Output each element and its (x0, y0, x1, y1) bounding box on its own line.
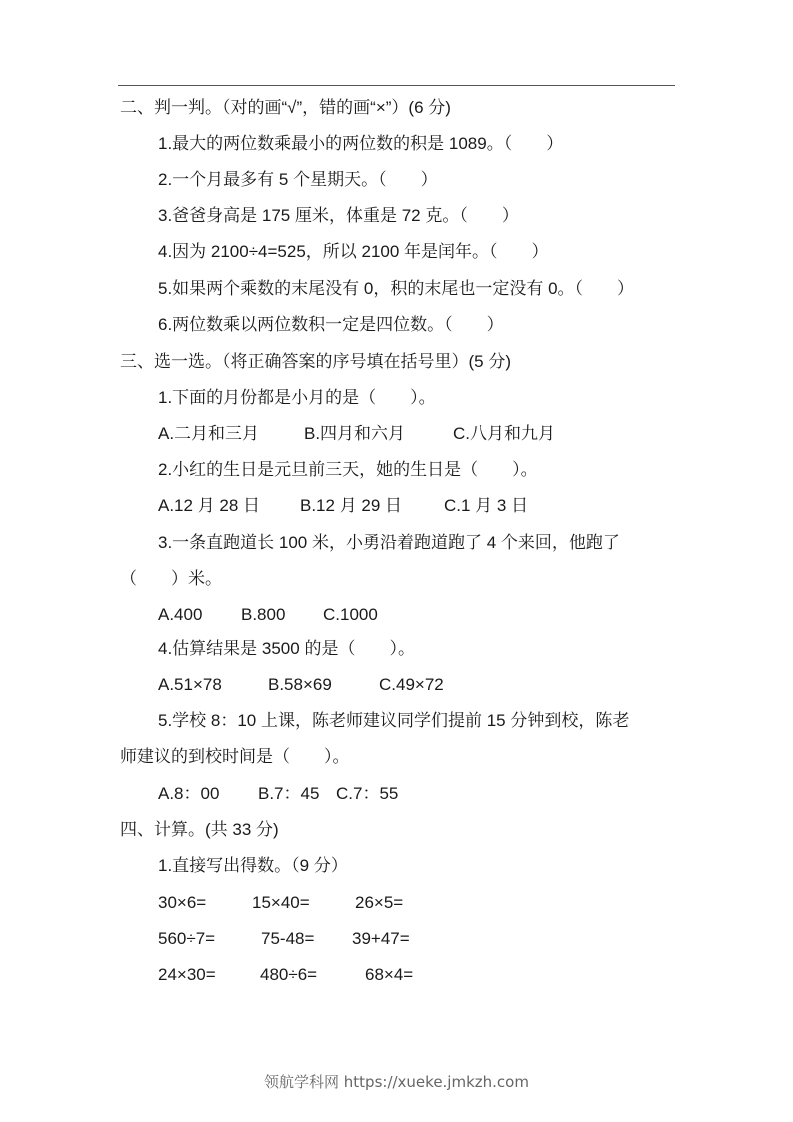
choice-question-4: 4.估算结果是 3500 的是（ ）。 (158, 639, 415, 659)
calc-item: 560÷7= (158, 929, 215, 949)
option-b: B.12 月 29 日 (300, 496, 402, 516)
header-rule (118, 85, 675, 86)
choice-question-3-cont: （ ）米。 (120, 569, 222, 589)
option-b: B.7：45 (258, 784, 319, 804)
option-a: A.51×78 (158, 675, 222, 695)
judge-item-2: 2.一个月最多有 5 个星期天。（ ） (158, 170, 438, 190)
calc-item: 39+47= (352, 929, 410, 949)
option-c: C.1000 (323, 605, 378, 625)
section-2-heading: 二、判一判。（对的画“√”，错的画“×”）(6 分) (120, 98, 451, 118)
judge-item-6: 6.两位数乘以两位数积一定是四位数。（ ） (158, 315, 504, 335)
option-b: B.58×69 (268, 675, 332, 695)
judge-item-3: 3.爸爸身高是 175 厘米，体重是 72 克。（ ） (158, 206, 519, 226)
judge-item-1: 1.最大的两位数乘最小的两位数的积是 1089。（ ） (158, 134, 563, 154)
option-c: C.7：55 (336, 784, 398, 804)
calc-item: 26×5= (355, 893, 403, 913)
option-b: B.800 (241, 605, 285, 625)
choice-question-1: 1.下面的月份都是小月的是（ ）。 (158, 388, 436, 408)
calc-item: 75-48= (261, 929, 314, 949)
judge-item-5: 5.如果两个乘数的末尾没有 0，积的末尾也一定没有 0。（ ） (158, 279, 634, 299)
choice-question-5-cont: 师建议的到校时间是（ ）。 (120, 747, 350, 767)
section-4-heading: 四、计算。(共 33 分) (120, 820, 279, 840)
judge-item-4: 4.因为 2100÷4=525，所以 2100 年是闰年。（ ） (158, 242, 549, 262)
calc-item: 480÷6= (260, 965, 317, 985)
choice-question-5: 5.学校 8：10 上课，陈老师建议同学们提前 15 分钟到校，陈老 (158, 711, 629, 731)
footer-watermark: 领航学科网 https://xueke.jmkzh.com (0, 1071, 793, 1092)
option-c: C.八月和九月 (453, 424, 555, 444)
option-a: A.12 月 28 日 (158, 496, 260, 516)
section-3-heading: 三、选一选。（将正确答案的序号填在括号里）(5 分) (120, 352, 511, 372)
choice-question-2: 2.小红的生日是元旦前三天，她的生日是（ ）。 (158, 460, 538, 480)
calc-item: 15×40= (252, 893, 310, 913)
option-a: A.400 (158, 605, 202, 625)
calc-item: 24×30= (158, 965, 216, 985)
option-a: A.二月和三月 (158, 424, 259, 444)
option-c: C.1 月 3 日 (444, 496, 528, 516)
option-c: C.49×72 (379, 675, 444, 695)
calc-item: 68×4= (365, 965, 413, 985)
calc-subheading-1: 1.直接写出得数。（9 分） (158, 856, 348, 876)
option-a: A.8：00 (158, 784, 219, 804)
choice-question-3: 3.一条直跑道长 100 米，小勇沿着跑道跑了 4 个来回，他跑了 (158, 533, 620, 553)
calc-item: 30×6= (158, 893, 206, 913)
option-b: B.四月和六月 (304, 424, 405, 444)
